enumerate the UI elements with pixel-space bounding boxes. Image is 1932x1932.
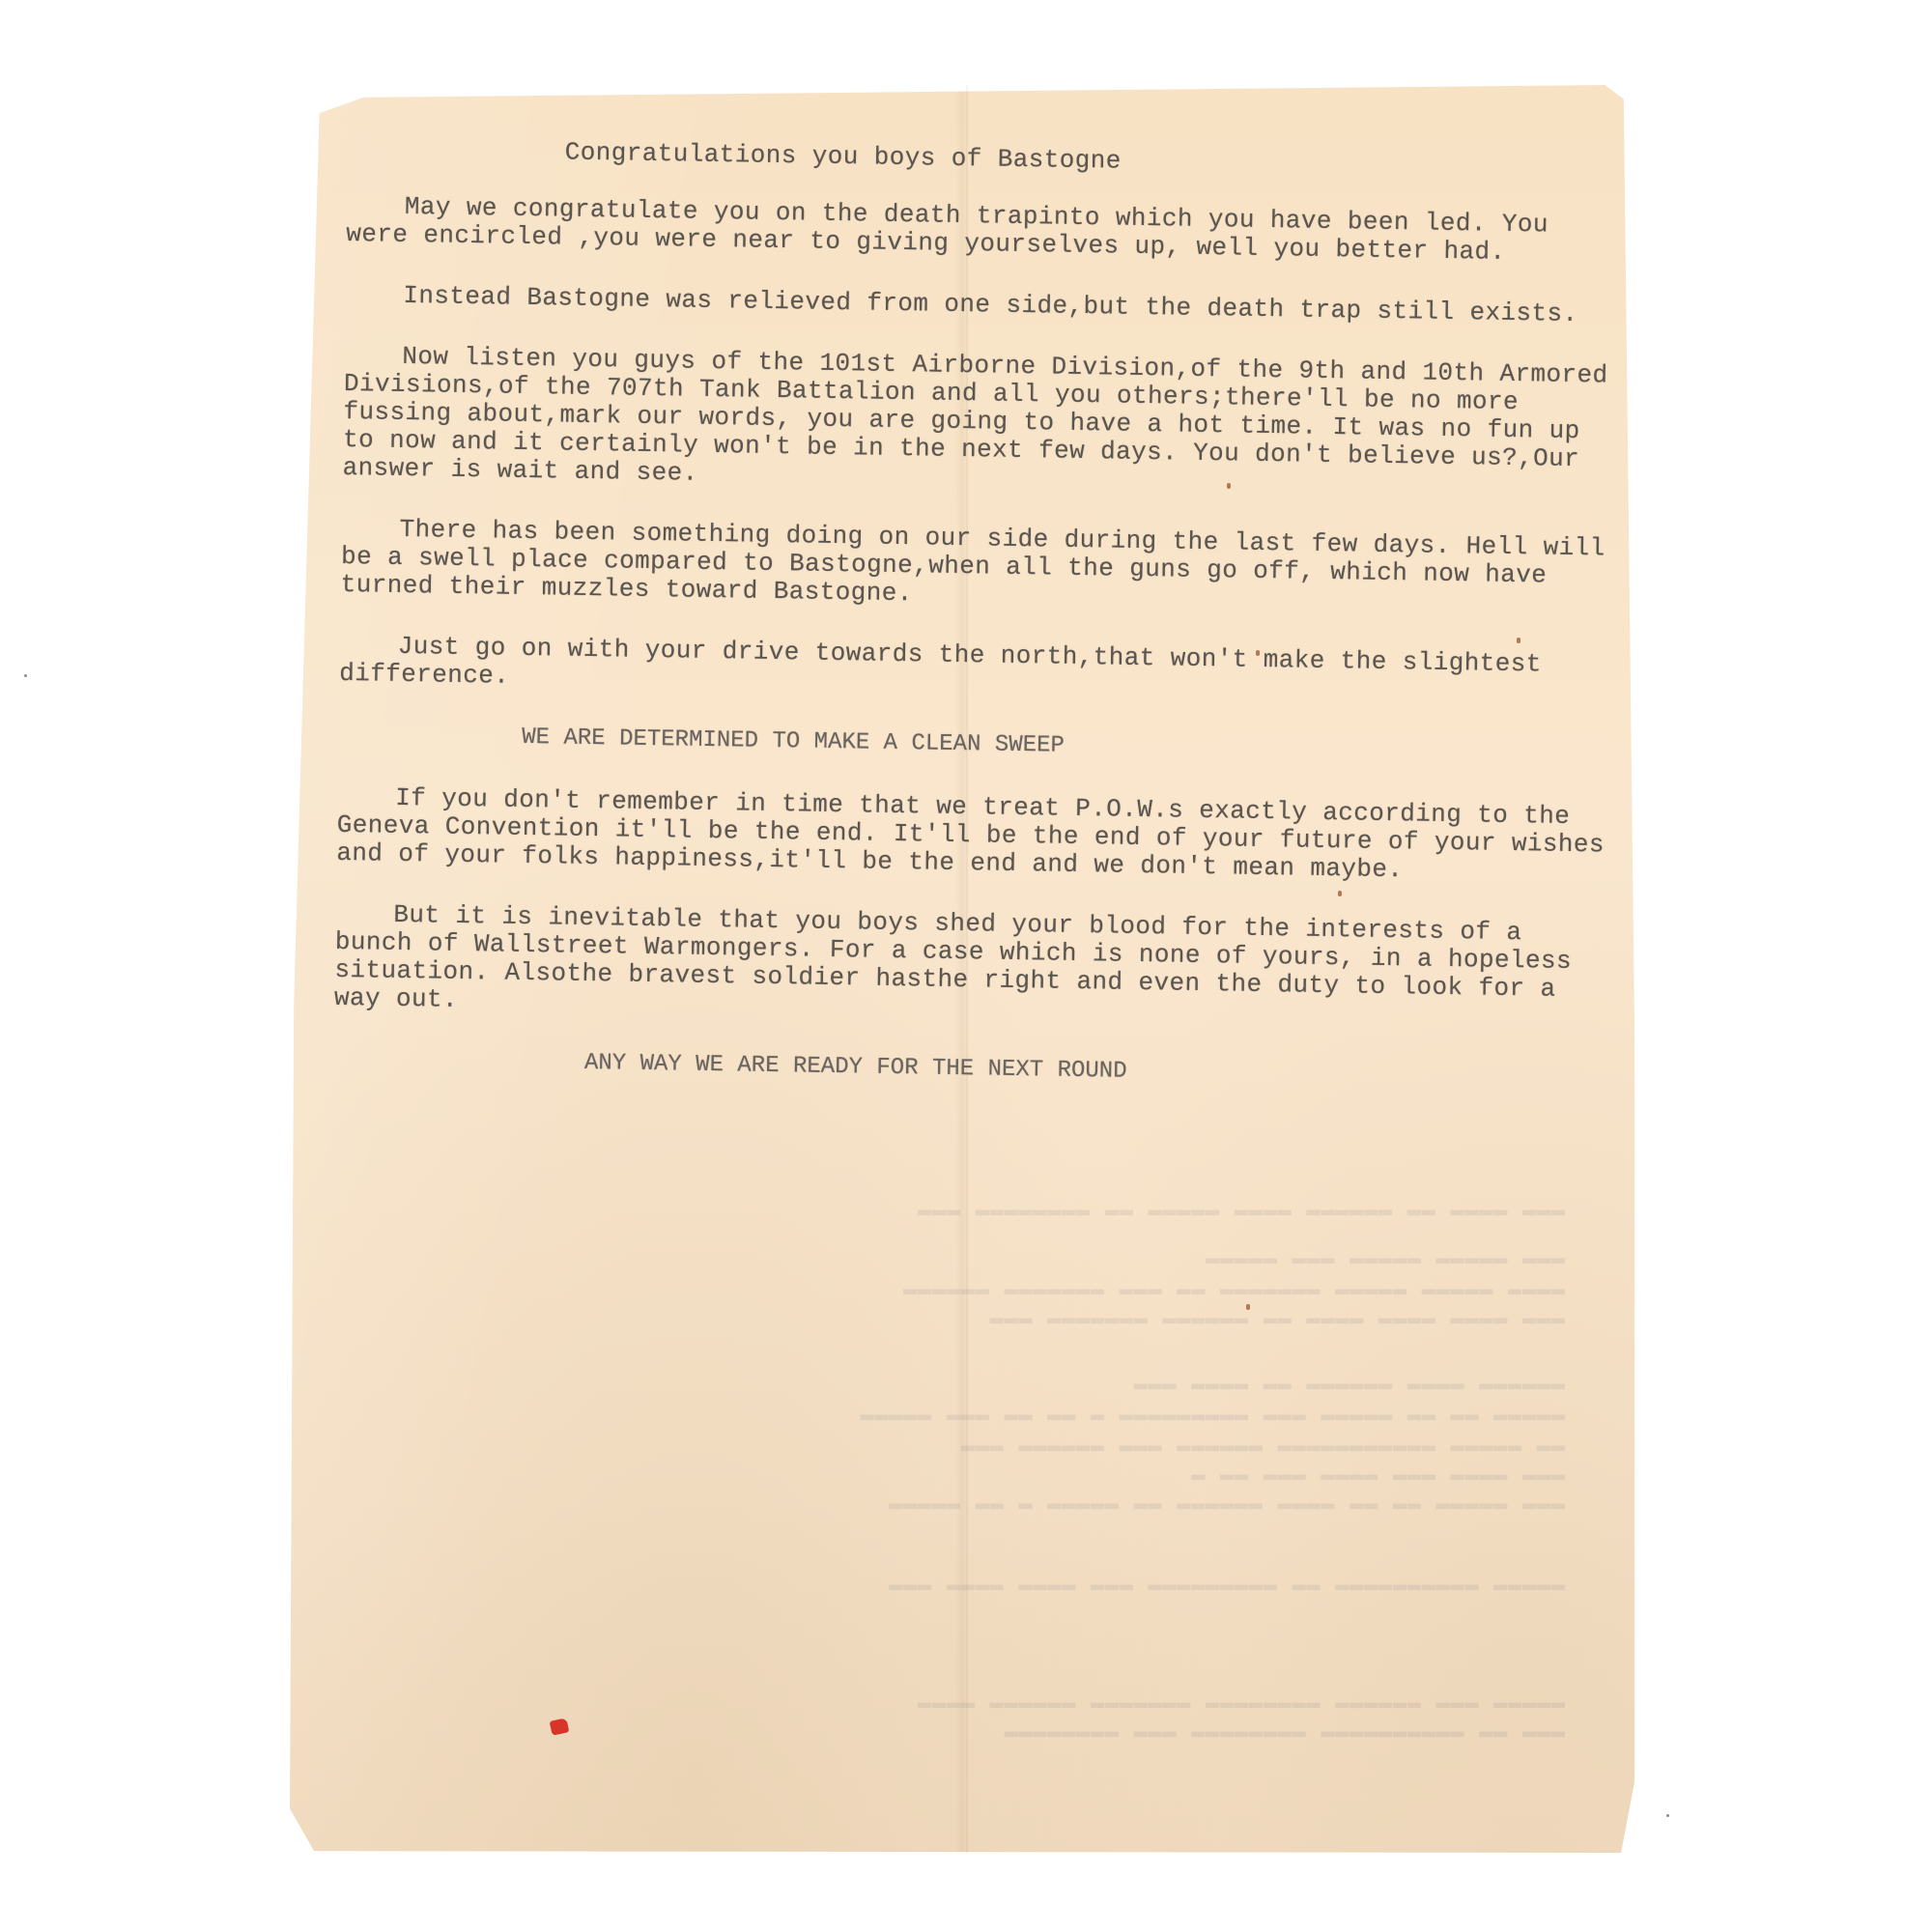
paragraph-text: If you don't remember in time that we tr… bbox=[336, 783, 1620, 884]
typed-leaflet-text: Congratulations you boys of Bastogne May… bbox=[333, 135, 1623, 1094]
bleed-through-line: ▬▬▬▬▬▬ ▬▬▬▬ ▬▬▬▬▬▬ ▬▬ ▬▬▬▬ ▬▬▬ bbox=[386, 1372, 1565, 1398]
rust-speck bbox=[1246, 1304, 1250, 1310]
bleed-through-line: ▬▬▬ ▬▬▬▬ ▬▬▬▬ ▬▬▬▬ ▬▬ ▬▬▬▬▬▬ ▬▬▬▬▬▬▬ ▬▬▬ bbox=[386, 1306, 1565, 1332]
paragraph: There has been something doing on our si… bbox=[340, 515, 1616, 619]
rust-speck bbox=[1256, 650, 1260, 656]
bleed-through-line: ▬▬▬▬ ▬▬▬▬▬ ▬▬▬▬▬ ▬▬▬▬▬▬▬ ▬▬ ▬▬▬ ▬▬▬▬▬▬▬ … bbox=[386, 1277, 1565, 1303]
bleed-through-line: ▬▬▬▬▬ ▬▬ ▬▬ ▬▬▬▬▬ ▬▬▬ ▬▬▬▬▬▬▬▬▬ ▬ ▬▬ ▬▬ … bbox=[386, 1403, 1565, 1429]
paragraph: Just go on with your drive towards the n… bbox=[339, 632, 1615, 708]
photo-stage: ▬▬▬ ▬▬▬▬ ▬▬ ▬▬▬▬▬▬ ▬▬▬▬ ▬▬▬▬▬ ▬▬ ▬▬▬▬▬▬▬… bbox=[0, 0, 1932, 1932]
paragraph-text: Just go on with your drive towards the n… bbox=[339, 632, 1557, 691]
paragraph-text: But it is inevitable that you boys shed … bbox=[334, 900, 1587, 1014]
rust-speck bbox=[1227, 483, 1231, 489]
background-speck bbox=[1666, 1814, 1669, 1817]
section-heading: WE ARE DETERMINED TO MAKE A CLEAN SWEEP bbox=[522, 724, 1613, 769]
paragraph-text: Instead Bastogne was relieved from one s… bbox=[403, 281, 1578, 328]
bleed-through-line: ▬▬ ▬▬▬▬▬ ▬▬▬▬▬▬▬▬▬▬▬ ▬▬▬▬▬▬ ▬▬▬ ▬▬▬▬▬▬ ▬… bbox=[386, 1434, 1565, 1460]
bleed-through-line: ▬▬▬ ▬▬▬▬▬ ▬▬▬▬▬ ▬▬▬ ▬▬▬▬▬ bbox=[386, 1246, 1565, 1272]
background-speck bbox=[24, 674, 27, 677]
paragraph: But it is inevitable that you boys shed … bbox=[334, 900, 1611, 1033]
bleed-through-line: ▬▬▬▬▬ ▬▬▬ ▬▬▬▬▬▬ ▬▬▬▬▬▬▬▬ ▬▬▬▬▬▬▬ ▬▬▬▬▬▬… bbox=[386, 1690, 1565, 1717]
bleed-through-line: ▬▬▬ ▬▬▬▬ ▬▬ ▬▬▬▬▬▬ ▬▬▬▬ ▬▬▬▬▬ ▬▬ ▬▬▬▬▬▬▬… bbox=[386, 1198, 1565, 1224]
paragraph: Now listen you guys of the 101st Airborn… bbox=[342, 342, 1619, 502]
paragraph: If you don't remember in time that we tr… bbox=[336, 783, 1612, 888]
bleed-through-line: ▬▬▬▬▬ ▬▬▬▬▬▬▬▬▬▬ ▬▬ ▬▬▬▬▬▬▬▬▬ ▬▬▬ ▬▬▬▬ ▬… bbox=[386, 1573, 1565, 1599]
paragraph-text: There has been something doing on our si… bbox=[340, 515, 1620, 608]
rust-speck bbox=[1517, 638, 1520, 643]
bleed-through-line: ▬▬▬ ▬▬▬▬ ▬▬▬ ▬▬▬▬ ▬▬▬ ▬▬ ▬ bbox=[386, 1463, 1565, 1489]
paragraph: Instead Bastogne was relieved from one s… bbox=[345, 281, 1620, 329]
bleed-through-line: ▬▬▬ ▬▬▬▬▬ ▬▬ ▬▬ ▬▬▬▬ ▬▬▬▬▬▬ ▬▬ ▬▬▬▬▬ ▬ ▬… bbox=[386, 1492, 1565, 1518]
rust-speck bbox=[1338, 891, 1342, 896]
paragraph-text: May we congratulate you on the death tra… bbox=[346, 192, 1564, 267]
paragraph: May we congratulate you on the death tra… bbox=[346, 192, 1622, 269]
paragraph-text: Now listen you guys of the 101st Airborn… bbox=[342, 342, 1623, 488]
